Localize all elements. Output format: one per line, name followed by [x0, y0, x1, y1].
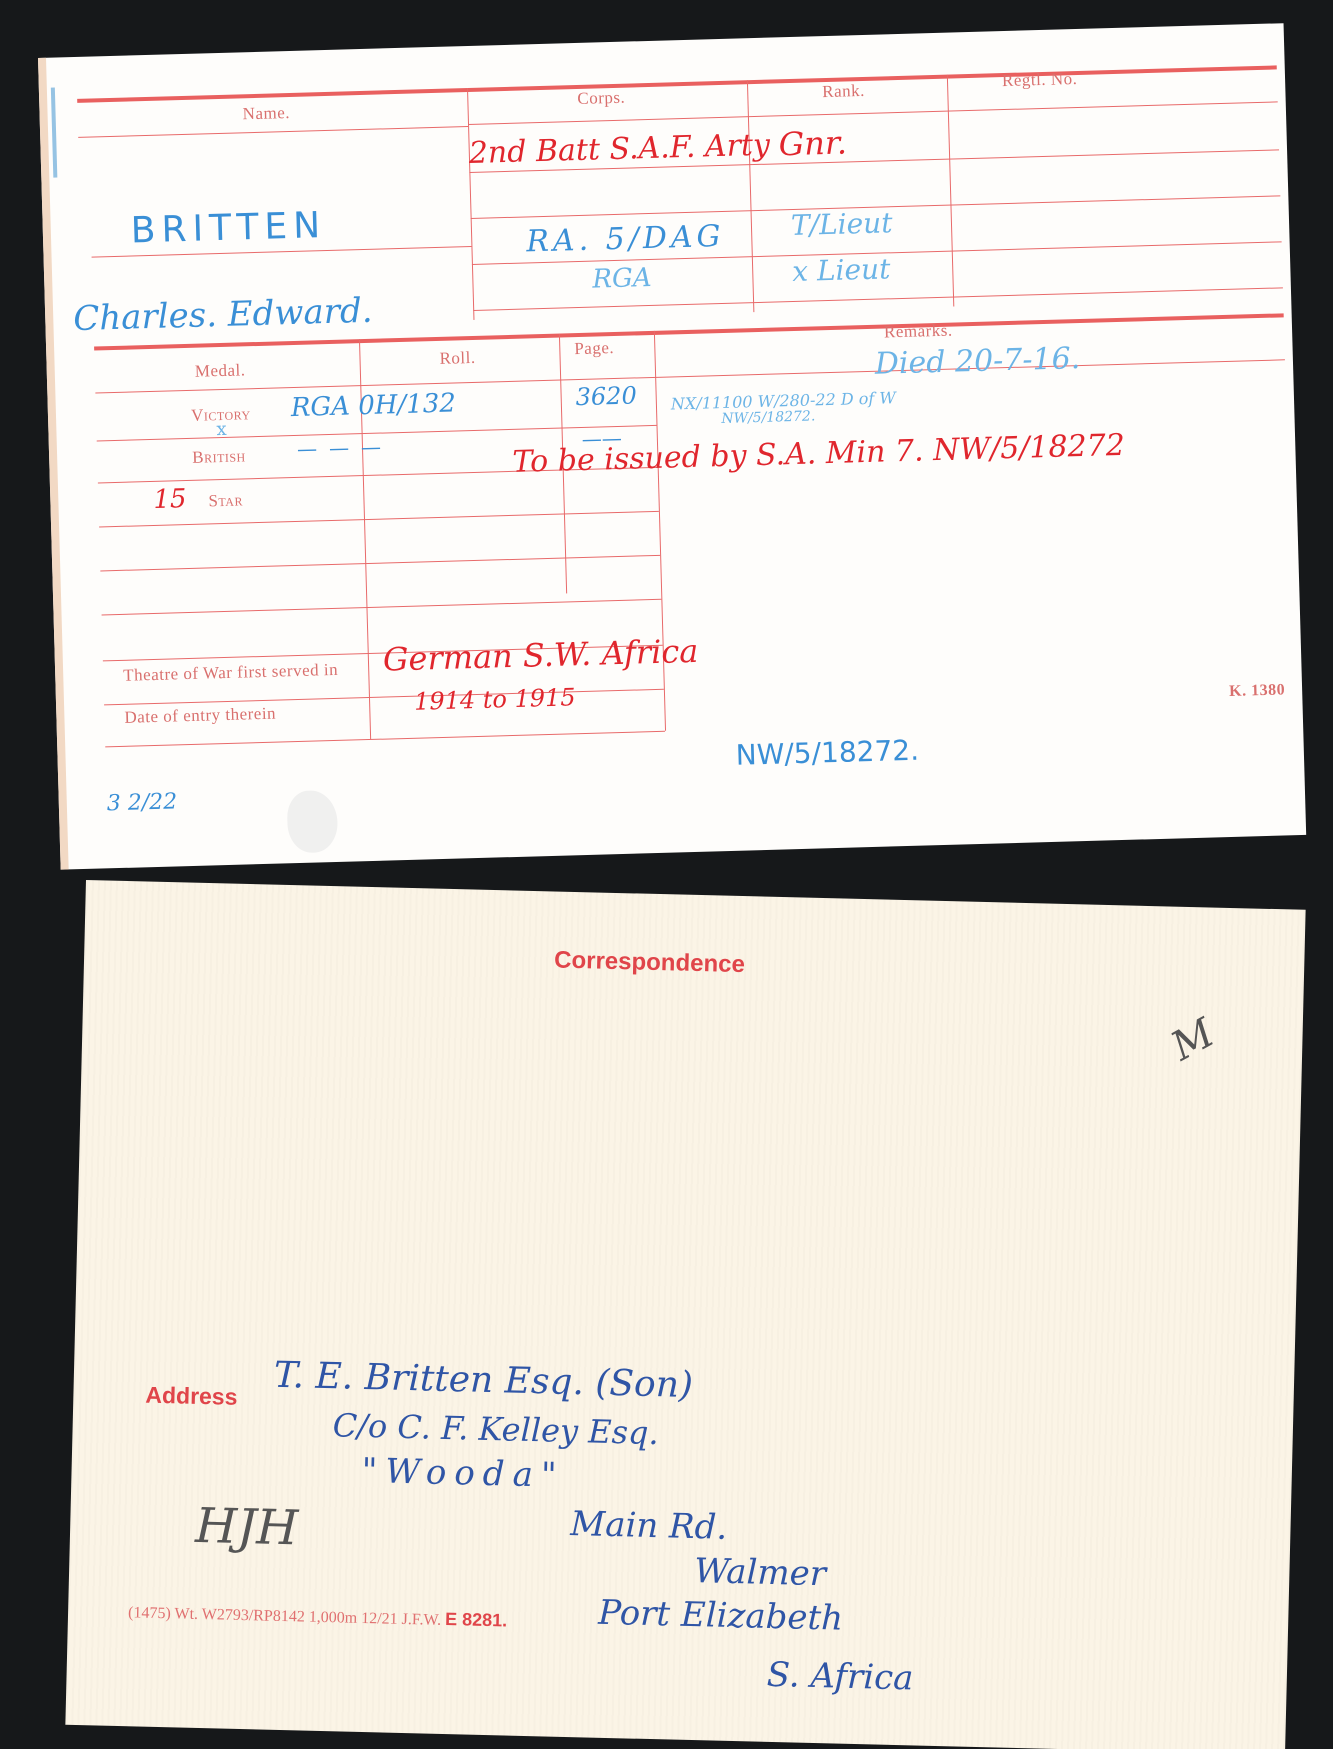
rank-entry-1: Gnr. — [778, 123, 847, 163]
header-remarks: Remarks. — [884, 321, 953, 343]
remark-ref-2: NW/5/18272. — [721, 408, 815, 427]
medal-index-card-front: Name. Corps. Rank. Regtl. No. 2nd Batt S… — [38, 23, 1306, 869]
british-roll: ——— — [297, 434, 394, 461]
leaf-stamp-smudge — [287, 790, 339, 853]
address-line-6: Port Elizabeth — [598, 1593, 844, 1639]
corps-entry-3: RGA — [592, 263, 652, 295]
rule — [100, 555, 660, 572]
print-code: E 8281. — [445, 1609, 508, 1631]
victory-x-mark: x — [216, 419, 227, 440]
header-medal: Medal. — [195, 360, 246, 381]
rule — [95, 359, 1285, 393]
edge-ink-mark — [51, 88, 58, 178]
header-regtl-no: Regtl. No. — [1002, 69, 1078, 91]
corps-entry-2: RA. 5/DAG — [526, 219, 725, 260]
date-entry-value: 1914 to 1915 — [414, 683, 576, 715]
star-prefix: 15 — [153, 484, 187, 515]
footer-ref: NW/5/18272. — [735, 734, 919, 772]
form-code: K. 1380 — [1229, 681, 1285, 701]
medal-star-label: Star — [208, 490, 243, 511]
divider-corps-rank — [747, 80, 754, 312]
medal-british-label: British — [192, 446, 246, 467]
date-entry-label: Date of entry therein — [124, 704, 276, 728]
surname: BRITTEN — [130, 205, 326, 251]
theatre-value: German S.W. Africa — [382, 632, 698, 679]
rank-entry-3: x Lieut — [792, 252, 891, 288]
rank-entry-2: T/Lieut — [791, 206, 893, 242]
rule — [78, 126, 468, 138]
header-roll: Roll. — [439, 348, 476, 369]
correspondence-title: Correspondence — [554, 946, 745, 979]
header-rank: Rank. — [822, 81, 865, 102]
forenames: Charles. Edward. — [73, 291, 373, 339]
divider-name-corps — [467, 88, 474, 320]
address-line-5: Walmer — [694, 1551, 827, 1594]
divider-rank-regtl — [947, 75, 954, 307]
corner-note: 3 2/22 — [107, 789, 178, 816]
print-line-text: (1475) Wt. W2793/RP8142 1,000m 12/21 J.F… — [128, 1604, 441, 1629]
address-line-4: Main Rd. — [570, 1504, 728, 1548]
medal-index-card-back: Correspondence M Address T. E. Britten E… — [65, 880, 1305, 1749]
top-rule — [77, 65, 1277, 103]
address-line-2: C/o C. F. Kelley Esq. — [332, 1406, 659, 1452]
victory-page: 3620 — [575, 381, 637, 411]
rule — [102, 599, 662, 616]
address-line-3: "Wooda" — [361, 1451, 565, 1496]
print-line: (1475) Wt. W2793/RP8142 1,000m 12/21 J.F… — [128, 1601, 508, 1631]
address-label: Address — [145, 1382, 238, 1411]
initials-signature: HJH — [195, 1498, 299, 1556]
header-corps: Corps. — [577, 88, 625, 109]
theatre-label: Theatre of War first served in — [123, 660, 338, 686]
address-line-1: T. E. Britten Esq. (Son) — [273, 1355, 693, 1406]
address-line-7: S. Africa — [766, 1655, 914, 1699]
rule — [104, 689, 664, 706]
victory-roll: RGA 0H/132 — [290, 388, 456, 423]
corner-initials: M — [1164, 1010, 1222, 1070]
remark-died: Died 20-7-16. — [874, 341, 1080, 382]
header-page: Page. — [574, 338, 614, 359]
header-name: Name. — [242, 103, 290, 124]
